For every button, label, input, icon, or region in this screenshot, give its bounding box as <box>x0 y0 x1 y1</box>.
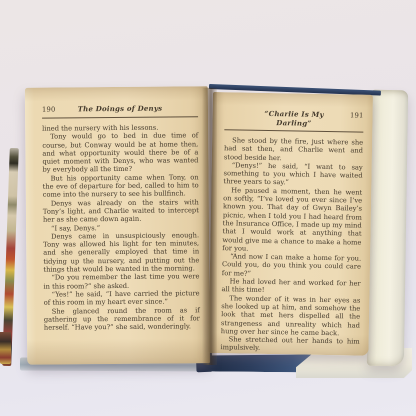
right-running-title: “Charlie Is My Darling” <box>246 109 341 129</box>
left-page-text: lined the nursery with his lessons. Tony… <box>42 123 200 332</box>
left-page-header: 190 The Doings of Denys <box>42 103 198 114</box>
paragraph: “Denys!” he said, “I want to say somethi… <box>223 161 362 188</box>
dust-jacket-corner-fragment <box>0 332 11 364</box>
right-page: “Charlie Is My Darling” 191 She stood by… <box>208 92 373 356</box>
paragraph: The wonder of it was in her eyes as she … <box>221 294 361 338</box>
paragraph: She stretched out her hands to him impul… <box>220 335 359 354</box>
paragraph: Tony would go to bed in due time of cour… <box>42 132 198 175</box>
paragraph: “And now I can make a home for you. Coul… <box>222 252 361 279</box>
paragraph: But his opportunity came when Tony, on t… <box>43 173 199 199</box>
left-page-number: 190 <box>42 105 64 114</box>
left-page: 190 The Doings of Denys lined the nurser… <box>25 86 210 365</box>
right-page-number: 191 <box>342 111 364 120</box>
left-header-rule <box>42 116 198 118</box>
book-photo-scene: 190 The Doings of Denys lined the nurser… <box>0 0 416 416</box>
right-header-rule <box>224 129 363 132</box>
paragraph: She stood by the fire, just where she ha… <box>224 136 363 163</box>
right-page-header: “Charlie Is My Darling” 191 <box>224 108 363 128</box>
paragraph: “Do you remember the last time you were … <box>43 273 199 291</box>
dust-jacket-right-edge <box>367 90 408 367</box>
paragraph: He paused a moment, then he went on soft… <box>222 186 362 255</box>
right-page-text: She stood by the fire, just where she ha… <box>220 136 363 354</box>
paragraph: Denys came in unsuspiciously enough. Ton… <box>43 231 199 274</box>
left-running-title: The Doings of Denys <box>64 103 176 113</box>
book-gutter-shadow <box>202 88 217 365</box>
paragraph: He had loved her and worked for her all … <box>221 277 360 296</box>
paragraph: “Yes!” he said, “I have carried the pict… <box>44 289 200 307</box>
paragraph: Denys was already on the stairs with Ton… <box>43 198 199 224</box>
paragraph: She glanced round the room as if gatheri… <box>44 306 200 332</box>
